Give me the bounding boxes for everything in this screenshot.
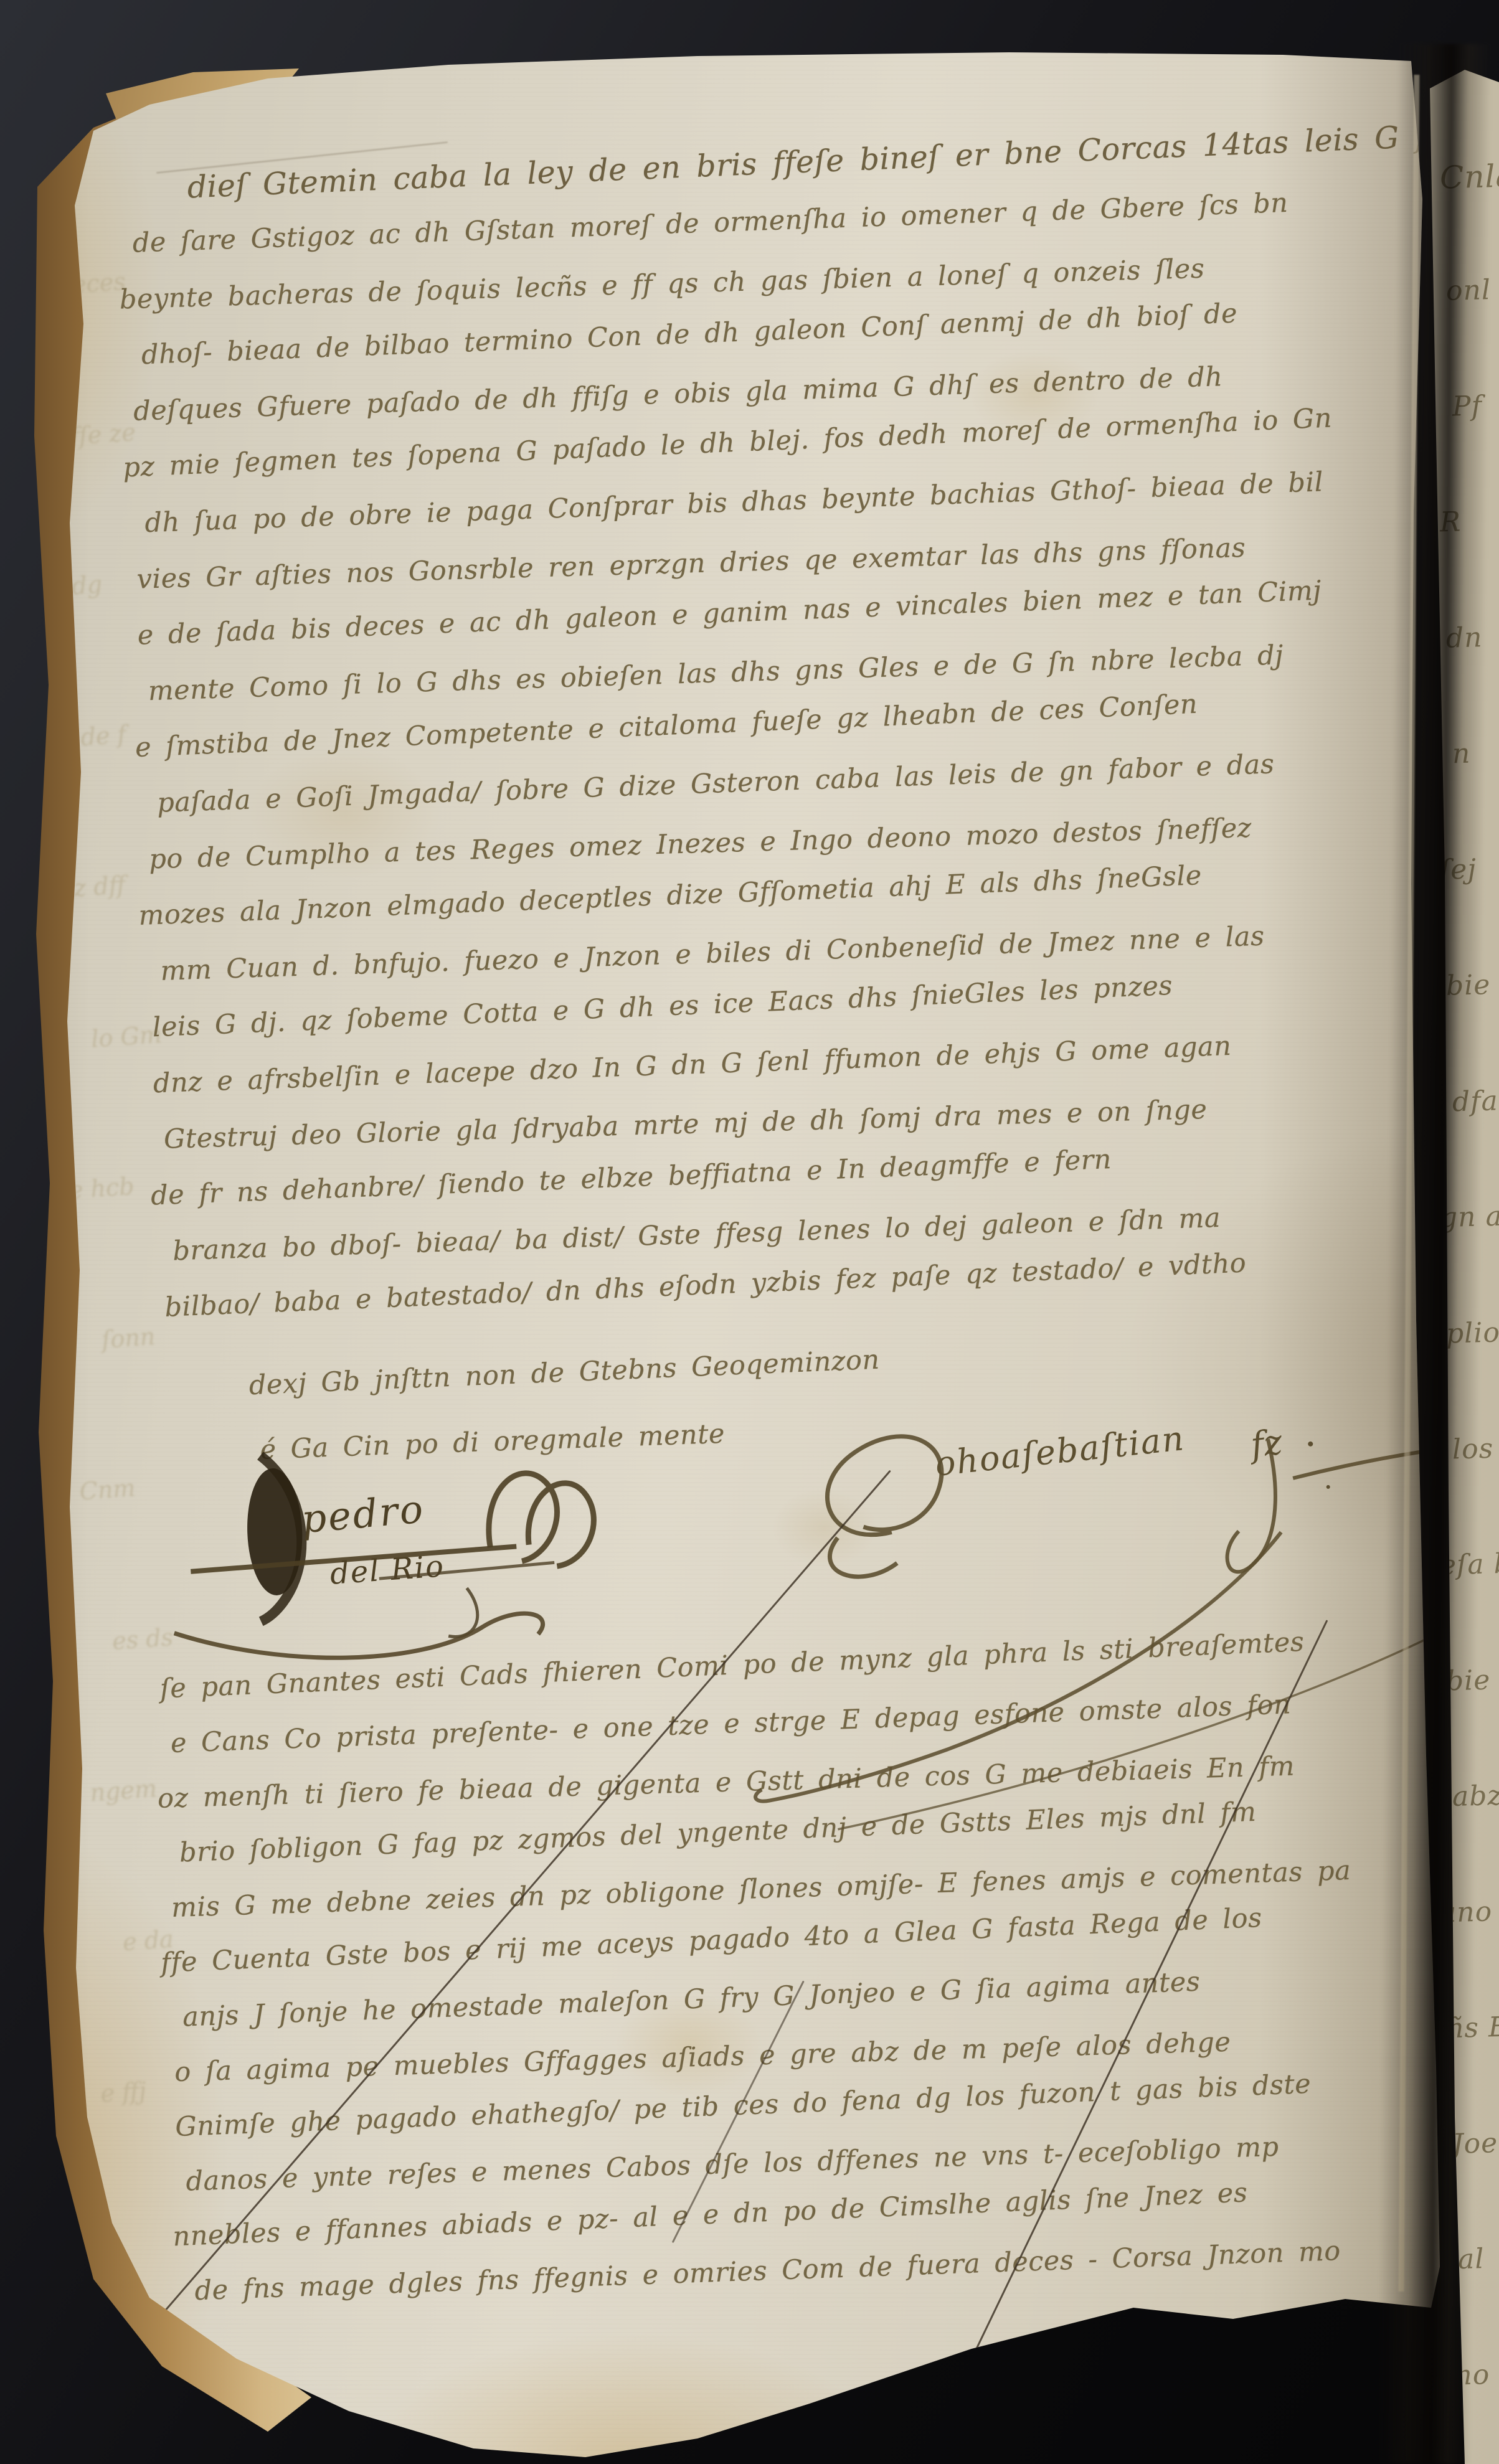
manuscript-line: dnz e afrsbelſin e lacepe dzo In G dn G … xyxy=(153,1033,1232,1097)
obligation-line: de fns mage dgles fns ffegnis e omries C… xyxy=(194,2238,1341,2305)
signature-pedro-del-rio: pedro del Rio xyxy=(112,1412,606,1678)
signature-underline-swash xyxy=(174,1613,544,1664)
facing-page-fragment: ñs E xyxy=(1445,2011,1499,2045)
facing-page-fragment: R xyxy=(1439,506,1461,539)
manuscript-line: mozes ala Jnzon elmgado deceptles dize G… xyxy=(138,862,1203,930)
ink-bleedthrough-layer: 2ce ecesfſe zeſl dgde fgz dfflo Gme hcbſ… xyxy=(0,0,1492,6)
facing-page-fragment: bie xyxy=(1445,969,1491,1002)
manuscript-line: de fr ns dehanbre/ ſiendo te elbze beffi… xyxy=(150,1146,1112,1210)
facing-page-fragment: onl xyxy=(1445,274,1491,307)
bleedthrough-fragment: ngem xyxy=(89,1775,158,1806)
facing-page-fragment: ano e xyxy=(1439,1895,1499,1928)
signature-right-name: ohoaſebaſtian xyxy=(933,1418,1186,1484)
manuscript-line: dhoſ- bieaa de bilbao termino Con de dh … xyxy=(141,300,1237,369)
rubric-long-tail xyxy=(747,1532,1290,1802)
signature-loop-flourish xyxy=(487,1471,595,1569)
facing-page-fragment: dn xyxy=(1445,621,1483,654)
facing-page-fragment: dfag xyxy=(1452,1085,1499,1118)
paragraph-main: dieſ Gtemin caba la ley de en bris ffeſe… xyxy=(0,0,1492,6)
manuscript-line: Gtestruj deo Glorie gla ſdryaba mrte mj … xyxy=(163,1097,1207,1153)
manuscript-photograph: CnlaonlPfRdnnſejbiedfaggn aplio alos Geſ… xyxy=(0,0,1499,2464)
bleedthrough-fragment: de f xyxy=(80,720,127,751)
facing-page-fragment: n xyxy=(1452,738,1471,770)
manuscript-page: 2ce ecesfſe zeſl dgde fgz dfflo Gme hcbſ… xyxy=(0,0,1499,2464)
paragraph-obligation: ſe pan Gnantes esti Cads fhieren Comi po… xyxy=(0,0,1492,6)
facing-page-fragment: gn a xyxy=(1439,1201,1499,1234)
bleedthrough-fragment: fſe ze xyxy=(69,418,136,450)
facing-page-fragment: ſej xyxy=(1439,853,1477,886)
facing-page-fragment: plio a xyxy=(1445,1316,1499,1349)
facing-page-fragment: eſa b xyxy=(1439,1547,1499,1581)
bleedthrough-fragment: ſonn xyxy=(101,1323,156,1354)
facing-page-fragment: abz xyxy=(1452,1780,1499,1813)
facing-page-fragment: Joe xyxy=(1452,2127,1498,2160)
signature-name-line1: pedro xyxy=(300,1486,427,1542)
manuscript-line: paſada e Goſi Jmgada/ ſobre G dize Gster… xyxy=(157,751,1275,817)
ink-dot xyxy=(1308,1442,1313,1447)
facing-page-fragment: bie c xyxy=(1445,1664,1499,1697)
bleedthrough-fragment: e hcb xyxy=(68,1173,135,1204)
facing-page-fragment: gal xyxy=(1439,2243,1485,2276)
ink-dot xyxy=(1326,1485,1330,1489)
obligation-line: anjs J ſonje he omestade maleſon G fry G… xyxy=(182,1969,1201,2031)
handwriting-layer: 2ce ecesfſe zeſl dgde fgz dfflo Gme hcbſ… xyxy=(0,0,1499,2464)
signature-descender xyxy=(447,1588,478,1637)
manuscript-line: dieſ Gtemin caba la ley de en bris ffeſe… xyxy=(187,115,1499,202)
facing-page-fragment: Pf xyxy=(1452,390,1482,422)
rubric-long-tail-2 xyxy=(831,1619,1473,1829)
manuscript-line: dh ſua po de obre ie paga Conſprar bis d… xyxy=(144,469,1324,537)
attestation-lines: dexj Gb jnſttn non de Gtebns Geoqeminzon… xyxy=(0,0,1492,6)
facing-page-fragment: mo xyxy=(1445,2359,1490,2392)
bleedthrough-fragment: e ffj xyxy=(100,2077,147,2108)
manuscript-line: leis G dj. qz ſobeme Cotta e G dh es ice… xyxy=(152,973,1173,1041)
facing-page-fragment: los G xyxy=(1452,1432,1499,1465)
rubric-initial-loops xyxy=(825,1435,945,1578)
signature-sebastian-rubric: ohoaſebaſtian fz xyxy=(726,1325,1491,1861)
signature-right-paraph: fz xyxy=(1246,1422,1285,1466)
facing-page-fragment: Cnla xyxy=(1439,158,1499,196)
